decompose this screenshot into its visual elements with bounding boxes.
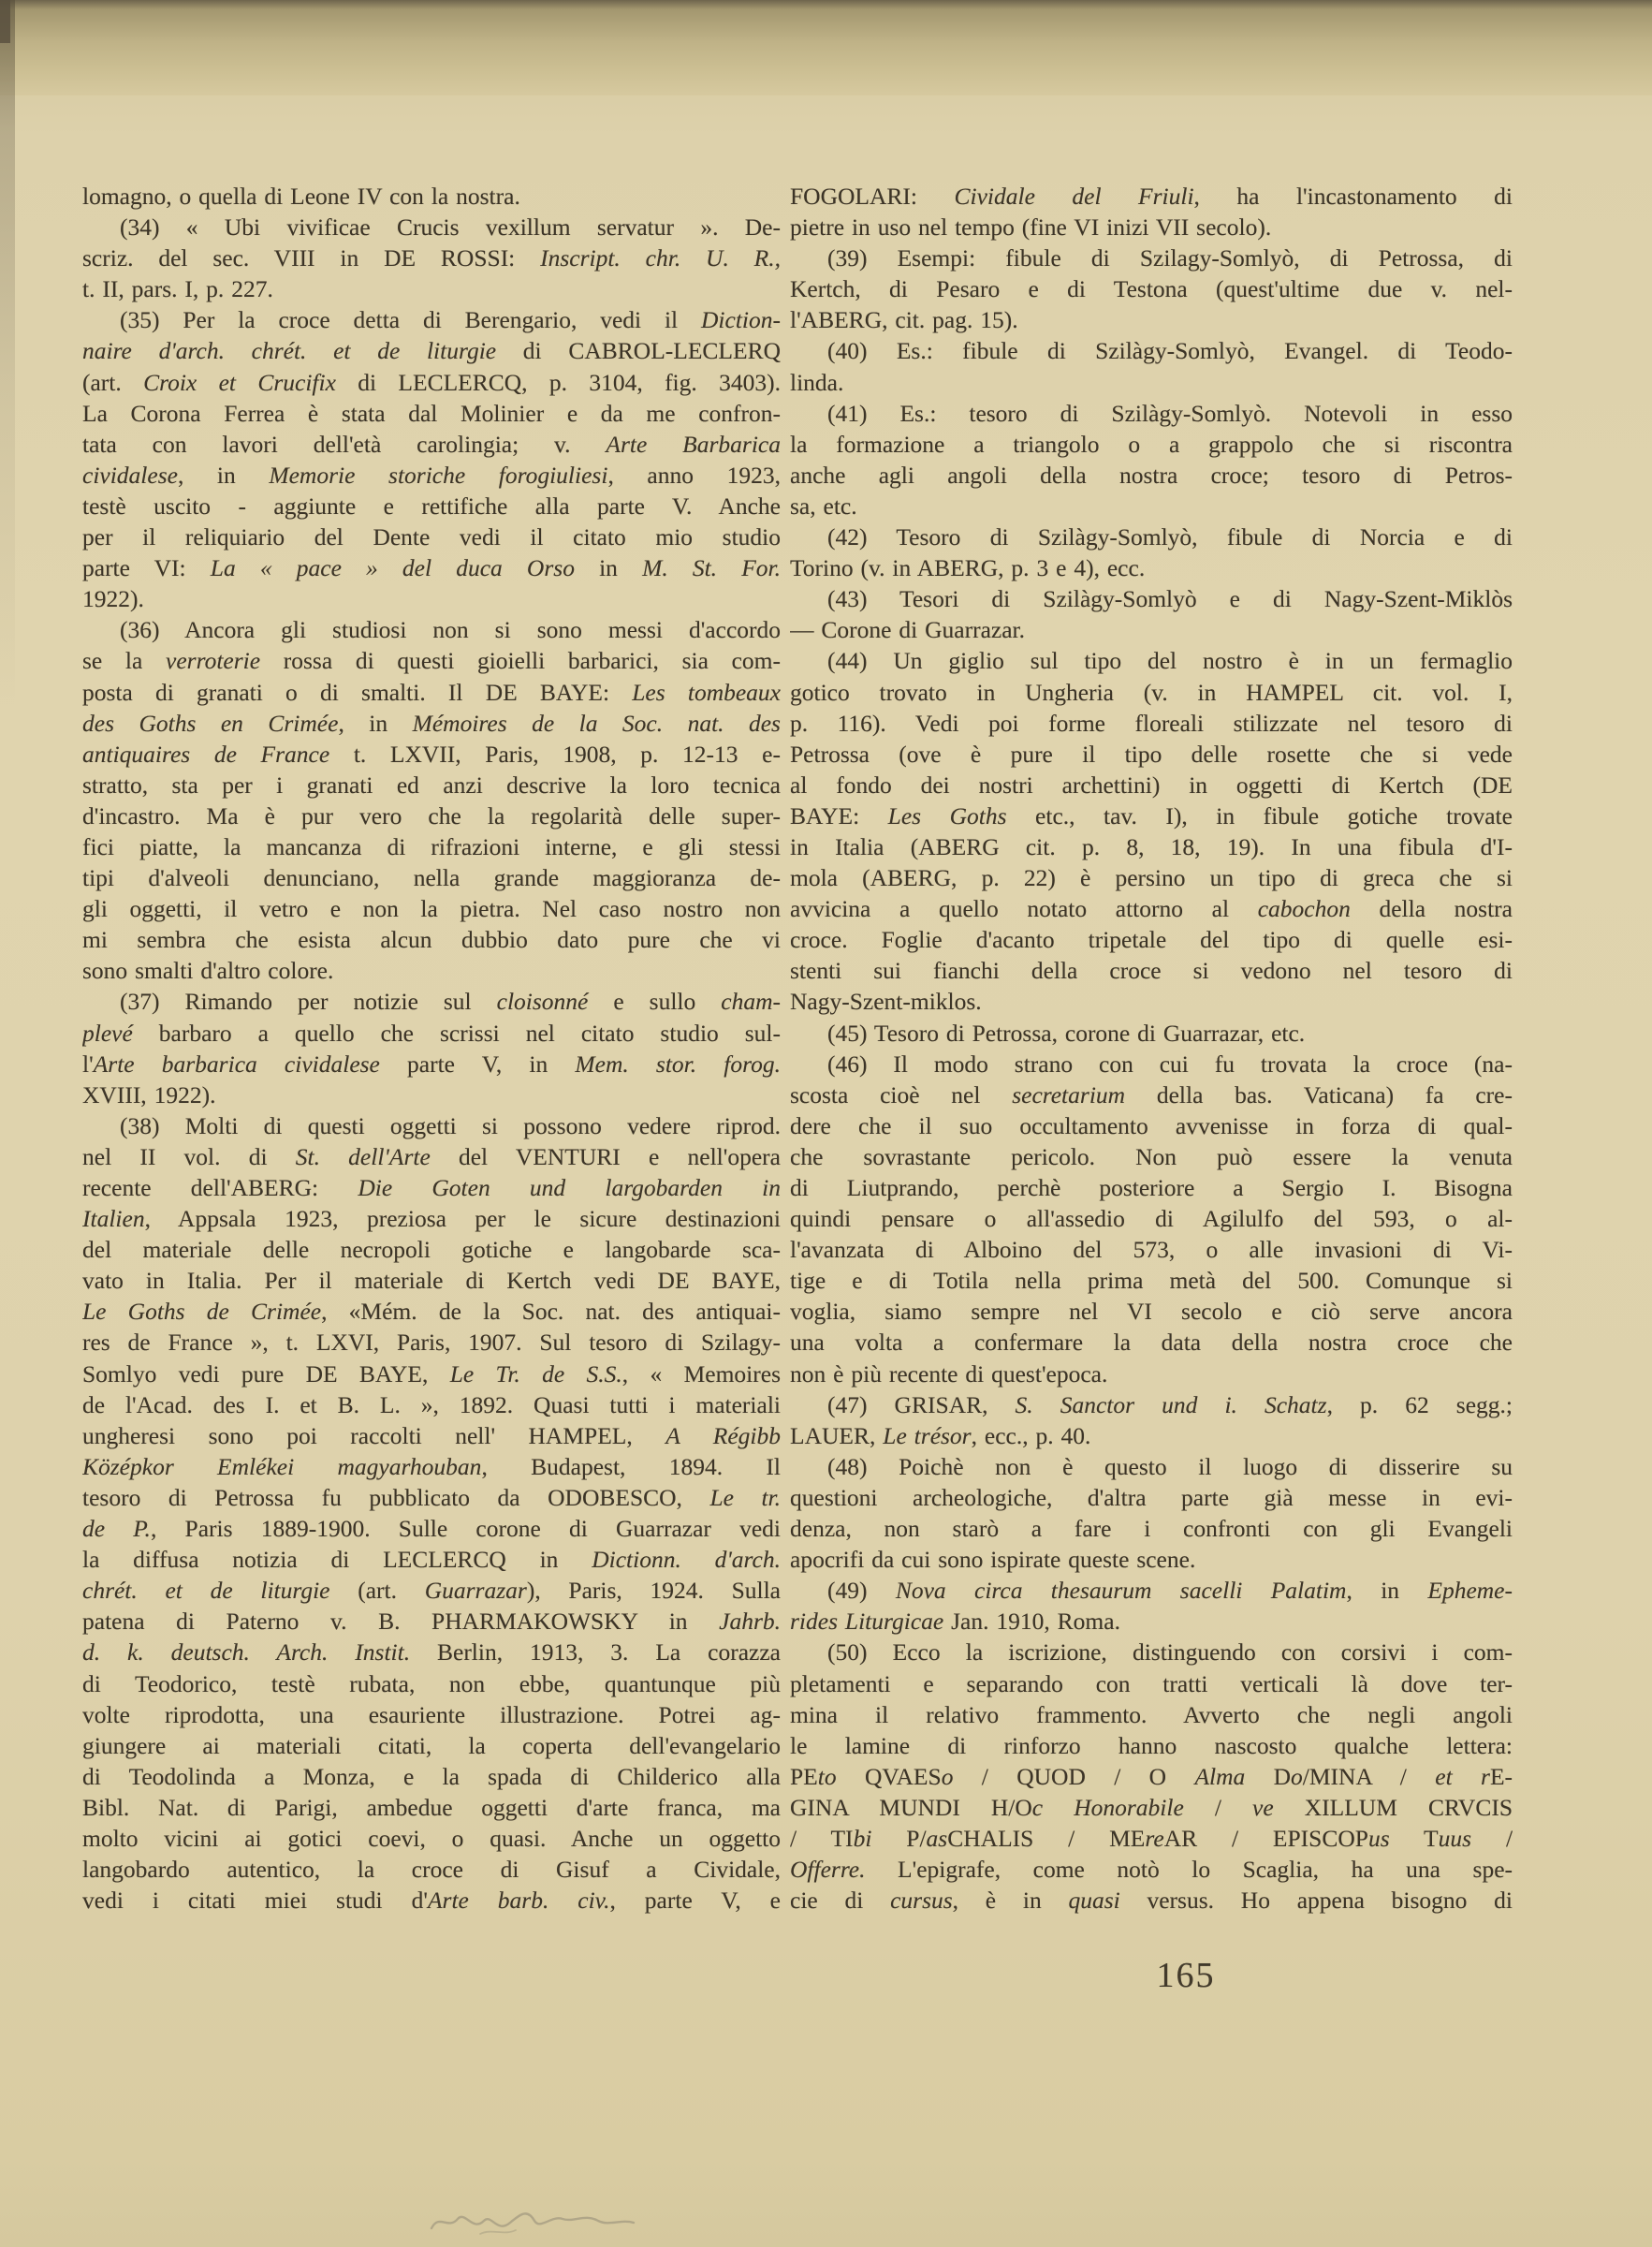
text-line: volte riprodotta, una esauriente illustr… (82, 1699, 781, 1730)
text-line: che sovrastante pericolo. Non può essere… (790, 1141, 1513, 1172)
text-line: de l'Acad. des I. et B. L. », 1892. Quas… (82, 1389, 781, 1420)
text-line: l'avanzata di Alboino del 573, o alle in… (790, 1234, 1513, 1265)
text-line: Petrossa (ove è pure il tipo delle roset… (790, 739, 1513, 770)
text-line: de P., Paris 1889-1900. Sulle corone di … (82, 1513, 781, 1544)
text-line: 1922). (82, 583, 781, 614)
text-line: FOGOLARI: Cividale del Friuli, ha l'inca… (790, 181, 1513, 212)
text-line: posta di granati o di smalti. Il DE BAYE… (82, 677, 781, 708)
text-line: LAUER, Le trésor, ecc., p. 40. (790, 1420, 1513, 1451)
text-line: scriz. del sec. VIII in DE ROSSI: Inscri… (82, 242, 781, 273)
text-line: stenti sui fianchi della croce si vedono… (790, 955, 1513, 986)
text-line: sono smalti d'altro colore. (82, 955, 781, 986)
text-line: antiquaires de France t. LXVII, Paris, 1… (82, 739, 781, 770)
text-line: Somlyo vedi pure DE BAYE, Le Tr. de S.S.… (82, 1358, 781, 1389)
text-line: (48) Poichè non è questo il luogo di dis… (790, 1451, 1513, 1482)
text-line: (40) Es.: fibule di Szilàgy-Somlyò, Evan… (790, 335, 1513, 366)
text-line: Le Goths de Crimée, «Mém. de la Soc. nat… (82, 1296, 781, 1327)
text-line: Kertch, di Pesaro e di Testona (quest'ul… (790, 273, 1513, 304)
text-line: (49) Nova circa thesaurum sacelli Palati… (790, 1575, 1513, 1606)
text-line: gotico trovato in Ungheria (v. in HAMPEL… (790, 677, 1513, 708)
text-line: avvicina a quello notato attorno al cabo… (790, 893, 1513, 924)
text-line: anche agli angoli della nostra croce; te… (790, 460, 1513, 491)
text-line: p. 116). Vedi poi forme floreali stilizz… (790, 708, 1513, 739)
text-line: (50) Ecco la iscrizione, distinguendo co… (790, 1637, 1513, 1667)
text-line: Bibl. Nat. di Parigi, ambedue oggetti d'… (82, 1792, 781, 1823)
text-line: la diffusa notizia di LECLERCQ in Dictio… (82, 1544, 781, 1575)
text-line: (44) Un giglio sul tipo del nostro è in … (790, 645, 1513, 676)
text-line: mola (ABERG, p. 22) è persino un tipo di… (790, 862, 1513, 893)
text-line: tesoro di Petrossa fu pubblicato da ODOB… (82, 1482, 781, 1513)
text-line: ungheresi sono poi raccolti nell' HAMPEL… (82, 1420, 781, 1451)
text-line: scosta cioè nel secretarium della bas. V… (790, 1079, 1513, 1110)
text-line: Torino (v. in ABERG, p. 3 e 4), ecc. (790, 552, 1513, 583)
text-line: d. k. deutsch. Arch. Instit. Berlin, 191… (82, 1637, 781, 1667)
text-line: apocrifi da cui sono ispirate queste sce… (790, 1544, 1513, 1575)
text-line: stratto, sta per i granati ed anzi descr… (82, 770, 781, 800)
text-line: (42) Tesoro di Szilàgy-Somlyò, fibule di… (790, 521, 1513, 552)
text-line: cividalese, in Memorie storiche forogiul… (82, 460, 781, 491)
text-line: non è più recente di quest'epoca. (790, 1358, 1513, 1389)
text-line: una volta a confermare la data della nos… (790, 1327, 1513, 1358)
text-line: la formazione a triangolo o a grappolo c… (790, 429, 1513, 460)
text-line: recente dell'ABERG: Die Goten und largob… (82, 1172, 781, 1203)
text-line: naire d'arch. chrét. et de liturgie di C… (82, 335, 781, 366)
text-line: quindi pensare o all'assedio di Agilulfo… (790, 1203, 1513, 1234)
text-line: (35) Per la croce detta di Berengario, v… (82, 304, 781, 335)
text-line: (39) Esempi: fibule di Szilagy-Somlyò, d… (790, 242, 1513, 273)
text-line: gli oggetti, il vetro e non la pietra. N… (82, 893, 781, 924)
text-line: (34) « Ubi vivificae Crucis vexillum ser… (82, 212, 781, 242)
text-line: se la verroterie rossa di questi gioiell… (82, 645, 781, 676)
text-line: parte VI: La « pace » del duca Orso in M… (82, 552, 781, 583)
text-line: al fondo dei nostri archettini) in ogget… (790, 770, 1513, 800)
text-line: (38) Molti di questi oggetti si possono … (82, 1110, 781, 1141)
text-line: (46) Il modo strano con cui fu trovata l… (790, 1049, 1513, 1079)
text-line: l'Arte barbarica cividalese parte V, in … (82, 1049, 781, 1079)
text-line: PEto QVAESo / QUOD / O Alma Do/MINA / et… (790, 1761, 1513, 1792)
text-line: / TIbi P/asCHALIS / MEreAR / EPISCOPus T… (790, 1823, 1513, 1854)
text-line: per il reliquiario del Dente vedi il cit… (82, 521, 781, 552)
text-line: vedi i citati miei studi d'Arte barb. ci… (82, 1885, 781, 1916)
text-line: Offerre. L'epigrafe, come notò lo Scagli… (790, 1854, 1513, 1885)
text-line: pietre in uso nel tempo (fine VI inizi V… (790, 212, 1513, 242)
text-line: plevé barbaro a quello che scrissi nel c… (82, 1018, 781, 1049)
right-column: FOGOLARI: Cividale del Friuli, ha l'inca… (790, 181, 1513, 1916)
text-line: in Italia (ABERG cit. p. 8, 18, 19). In … (790, 831, 1513, 862)
text-line: fici piatte, la mancanza di rifrazioni i… (82, 831, 781, 862)
text-line: pletamenti e separando con tratti vertic… (790, 1668, 1513, 1699)
scan-top-shadow (0, 0, 1652, 95)
text-line: — Corone di Guarrazar. (790, 614, 1513, 645)
text-line: res de France », t. LXVI, Paris, 1907. S… (82, 1327, 781, 1358)
text-line: croce. Foglie d'acanto tripetale del tip… (790, 924, 1513, 955)
text-line: vato in Italia. Per il materiale di Kert… (82, 1265, 781, 1296)
text-line: patena di Paterno v. B. PHARMAKOWSKY in … (82, 1606, 781, 1637)
text-line: t. II, pars. I, p. 227. (82, 273, 781, 304)
text-line: di Liutprando, perchè posteriore a Sergi… (790, 1172, 1513, 1203)
text-line: molto vicini ai gotici coevi, o quasi. A… (82, 1823, 781, 1854)
scan-left-edge-shadow (0, 0, 15, 712)
text-line: nel II vol. di St. dell'Arte del VENTURI… (82, 1141, 781, 1172)
text-line: cie di cursus, è in quasi versus. Ho app… (790, 1885, 1513, 1916)
text-line: tige e di Totila nella prima metà del 50… (790, 1265, 1513, 1296)
text-line: (47) GRISAR, S. Sanctor und i. Schatz, p… (790, 1389, 1513, 1420)
scan-corner-mark (0, 0, 10, 43)
text-line: langobardo autentico, la croce di Gisuf … (82, 1854, 781, 1885)
text-line: testè uscito - aggiunte e rettifiche all… (82, 491, 781, 521)
page-number: 165 (1120, 1955, 1251, 1996)
text-line: denza, non starò a fare i confronti con … (790, 1513, 1513, 1544)
text-line: le lamine di rinforzo hanno nascosto qua… (790, 1730, 1513, 1761)
text-line: des Goths en Crimée, in Mémoires de la S… (82, 708, 781, 739)
text-line: (art. Croix et Crucifix di LECLERCQ, p. … (82, 367, 781, 398)
text-line: XVIII, 1922). (82, 1079, 781, 1110)
left-column: lomagno, o quella di Leone IV con la nos… (82, 181, 781, 1916)
text-line: sa, etc. (790, 491, 1513, 521)
text-line: La Corona Ferrea è stata dal Molinier e … (82, 398, 781, 429)
text-line: questioni archeologiche, d'altra parte g… (790, 1482, 1513, 1513)
pencil-scribble (426, 2193, 641, 2245)
text-line: lomagno, o quella di Leone IV con la nos… (82, 181, 781, 212)
text-line: rides Liturgicae Jan. 1910, Roma. (790, 1606, 1513, 1637)
text-line: (36) Ancora gli studiosi non si sono mes… (82, 614, 781, 645)
text-line: Nagy-Szent-miklos. (790, 986, 1513, 1017)
text-line: Középkor Emlékei magyarhouban, Budapest,… (82, 1451, 781, 1482)
text-line: chrét. et de liturgie (art. Guarrazar), … (82, 1575, 781, 1606)
text-line: (43) Tesori di Szilàgy-Somlyò e di Nagy-… (790, 583, 1513, 614)
text-line: linda. (790, 367, 1513, 398)
text-line: BAYE: Les Goths etc., tav. I), in fibule… (790, 800, 1513, 831)
text-line: mina il relativo frammento. Avverto che … (790, 1699, 1513, 1730)
text-line: giungere ai materiali citati, la coperta… (82, 1730, 781, 1761)
text-line: Italien, Appsala 1923, preziosa per le s… (82, 1203, 781, 1234)
text-line: tipi d'alveoli denunciano, nella grande … (82, 862, 781, 893)
text-line: (45) Tesoro di Petrossa, corone di Guarr… (790, 1018, 1513, 1049)
text-line: di Teodolinda a Monza, e la spada di Chi… (82, 1761, 781, 1792)
text-line: (37) Rimando per notizie sul cloisonné e… (82, 986, 781, 1017)
text-line: mi sembra che esista alcun dubbio dato p… (82, 924, 781, 955)
text-line: voglia, siamo sempre nel VI secolo e ciò… (790, 1296, 1513, 1327)
text-line: (41) Es.: tesoro di Szilàgy-Somlyò. Note… (790, 398, 1513, 429)
text-line: dere che il suo occultamento avvenisse i… (790, 1110, 1513, 1141)
text-line: di Teodorico, testè rubata, non ebbe, qu… (82, 1668, 781, 1699)
text-line: del materiale delle necropoli gotiche e … (82, 1234, 781, 1265)
text-line: d'incastro. Ma è pur vero che la regolar… (82, 800, 781, 831)
text-line: tata con lavori dell'età carolingia; v. … (82, 429, 781, 460)
text-line: l'ABERG, cit. pag. 15). (790, 304, 1513, 335)
text-line: GINA MUNDI H/Oc Honorabile / ve XILLUM C… (790, 1792, 1513, 1823)
